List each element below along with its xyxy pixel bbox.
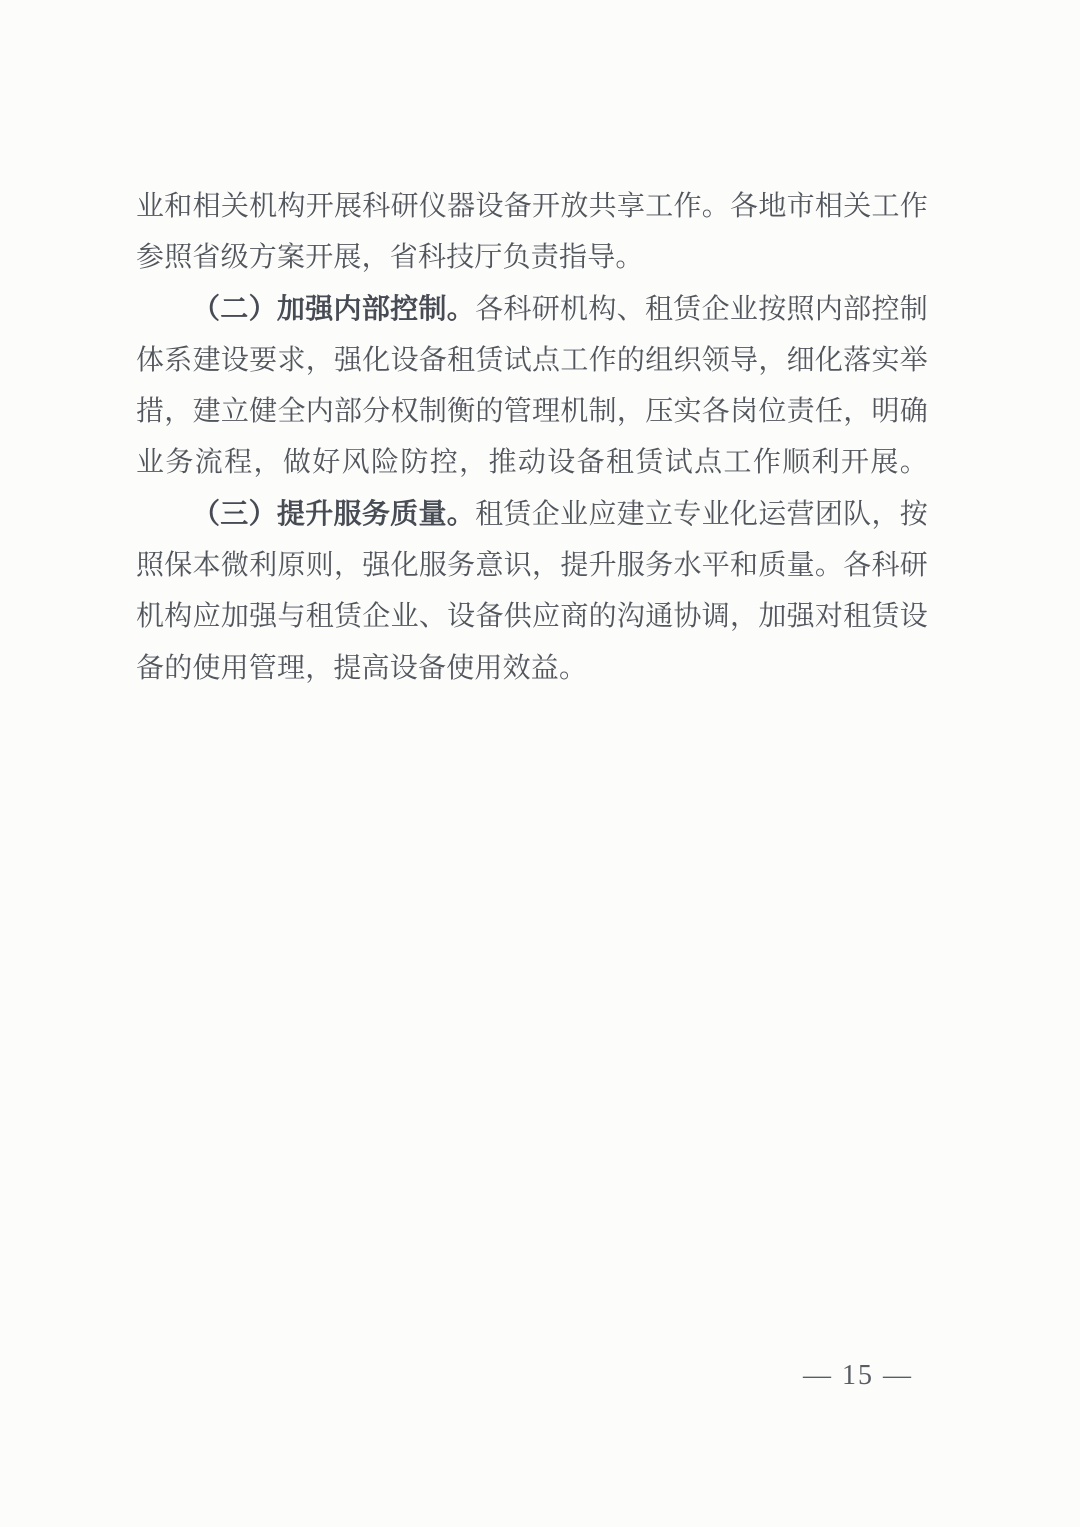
line-text-segment: 租赁企业应建立专业化运营团队，按 <box>475 499 928 530</box>
text-line-section-2-heading: （二）加强内部控制。各科研机构、租赁企业按照内部控制 <box>136 284 928 335</box>
text-line: 照保本微利原则，强化服务意识，提升服务水平和质量。各科研 <box>136 540 928 591</box>
line-text-segment: 业和相关机构开展科研仪器设备开放共享工作。各地市相关工作 <box>136 191 928 222</box>
text-line: 体系建设要求，强化设备租赁试点工作的组织领导，细化落实举 <box>136 335 928 386</box>
text-line: 机构应加强与租赁企业、设备供应商的沟通协调，加强对租赁设 <box>136 591 928 642</box>
line-text-segment: 各科研机构、租赁企业按照内部控制 <box>475 294 928 325</box>
line-text-segment: 业务流程，做好风险防控，推动设备租赁试点工作顺利开展。 <box>136 447 928 478</box>
line-text-segment: 备的使用管理，提高设备使用效益。 <box>136 653 587 684</box>
line-text-segment: 机构应加强与租赁企业、设备供应商的沟通协调，加强对租赁设 <box>136 601 928 632</box>
page-number: — 15 — <box>803 1360 913 1392</box>
section-heading-bold: （三）提升服务质量。 <box>192 499 475 530</box>
document-page: 业和相关机构开展科研仪器设备开放共享工作。各地市相关工作 参照省级方案开展，省科… <box>0 0 1080 1527</box>
text-line: 措，建立健全内部分权制衡的管理机制，压实各岗位责任，明确 <box>136 386 928 437</box>
line-text-segment: 体系建设要求，强化设备租赁试点工作的组织领导，细化落实举 <box>136 345 928 376</box>
text-line: 备的使用管理，提高设备使用效益。 <box>136 643 928 694</box>
line-text-segment: 措，建立健全内部分权制衡的管理机制，压实各岗位责任，明确 <box>136 396 928 427</box>
line-text-segment: 照保本微利原则，强化服务意识，提升服务水平和质量。各科研 <box>136 550 928 581</box>
text-line: 业和相关机构开展科研仪器设备开放共享工作。各地市相关工作 <box>136 181 928 232</box>
text-line-section-3-heading: （三）提升服务质量。租赁企业应建立专业化运营团队，按 <box>136 489 928 540</box>
text-line: 参照省级方案开展，省科技厅负责指导。 <box>136 232 928 283</box>
line-text-segment: 参照省级方案开展，省科技厅负责指导。 <box>136 242 644 273</box>
text-line: 业务流程，做好风险防控，推动设备租赁试点工作顺利开展。 <box>136 437 928 488</box>
section-heading-bold: （二）加强内部控制。 <box>192 294 475 325</box>
document-text-block: 业和相关机构开展科研仪器设备开放共享工作。各地市相关工作 参照省级方案开展，省科… <box>136 181 928 694</box>
